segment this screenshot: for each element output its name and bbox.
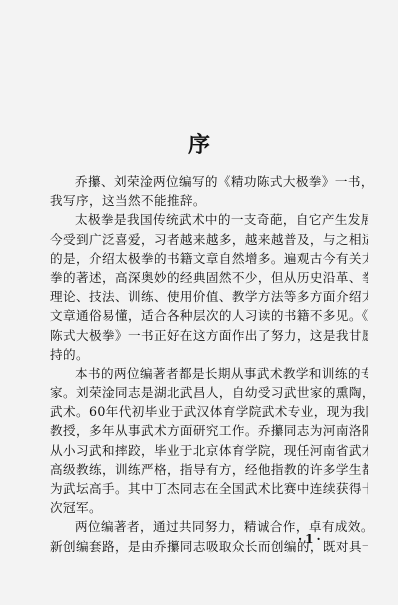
text-line: 从小习武和摔跤，毕业于北京体育学院，现任河南省武术队 [50,441,368,460]
text-line: 乔攥、刘荣淦两位编写的《精功陈式大极拳》一书，嘱 [50,172,368,191]
document-page: 序 乔攥、刘荣淦两位编写的《精功陈式大极拳》一书，嘱我写序，这当然不能推辞。太极… [0,0,398,605]
text-line: 家。刘荣淦同志是湖北武昌人，自幼受习武世家的熏陶，酷爱 [50,383,368,402]
text-line: 为武坛高手。其中丁杰同志在全国武术比赛中连续获得十余 [50,479,368,498]
text-line: 次冠军。 [50,498,368,517]
text-line: 理论、技法、训练、使用价值、教学方法等多方面介绍太极拳， [50,287,368,306]
page-title: 序 [0,128,398,159]
text-line: 高级教练，训练严格，指导有方，经他指教的许多学生都成 [50,460,368,479]
text-line: 太极拳是我国传统武术中的一支奇葩，自它产生发展至 [50,210,368,229]
text-line: 拳的著述，高深奥妙的经典固然不少，但从历史沿革、拳法 [50,268,368,287]
text-line: 的是，介绍太极拳的书籍文章自然增多。遍观古今有关太极 [50,249,368,268]
text-line: 教授，多年从事武术方面研究工作。乔攥同志为河南洛阳人， [50,421,368,440]
text-line: 武术。60年代初毕业于武汉体育学院武术专业，现为我院副 [50,402,368,421]
text-line: 持的。 [50,345,368,364]
text-line: 本书的两位编著者都是长期从事武术教学和训练的专 [50,364,368,383]
text-line: 文章通俗易懂，适合各种层次的人习读的书籍不多见。《精功 [50,306,368,325]
text-line: 陈式大极拳》一书正好在这方面作出了努力，这是我甘愿支 [50,326,368,345]
text-line: 我写序，这当然不能推辞。 [50,191,368,210]
preface-body: 乔攥、刘荣淦两位编写的《精功陈式大极拳》一书，嘱我写序，这当然不能推辞。太极拳是… [50,172,368,556]
text-line: 今受到广泛喜爱，习者越来越多，越来越普及，与之相适应 [50,230,368,249]
page-number: ·1· [298,532,324,546]
